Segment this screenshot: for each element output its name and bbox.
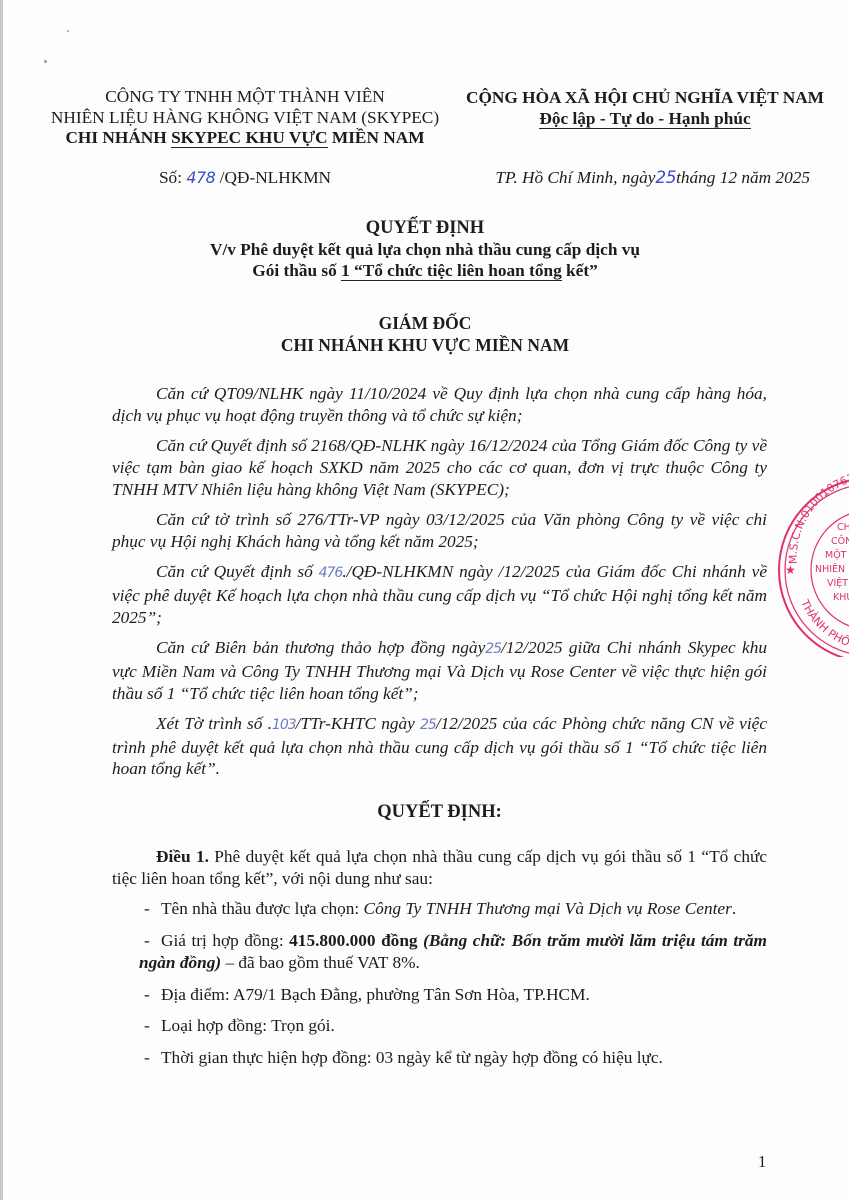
contract-value-label: Giá trị hợp đồng: — [161, 931, 289, 950]
item-location: - Địa điểm: A79/1 Bạch Đằng, phường Tân … — [112, 984, 767, 1006]
national-motto: Độc lập - Tự do - Hạnh phúc — [539, 109, 750, 129]
basis6-handwritten-number: 103 — [272, 717, 296, 733]
date-prefix: TP. Hồ Chí Minh, ngày — [495, 168, 655, 187]
basis4-handwritten-number: 476 — [319, 565, 343, 581]
doc-number-suffix: /QĐ-NLHKMN — [215, 168, 331, 187]
article-1-label: Điều 1. — [156, 847, 209, 866]
bullet-dash: - — [144, 898, 150, 920]
stamp-center-line: MỘT THÀ — [825, 549, 849, 561]
document-date: TP. Hồ Chí Minh, ngày25tháng 12 năm 2025 — [452, 168, 838, 188]
bullet-dash: - — [144, 1047, 150, 1069]
subject-underlined: 1 “Tổ chức tiệc liên hoan tổng — [341, 261, 562, 281]
issuer-line-3: CHI NHÁNH SKYPEC KHU VỰC MIỀN NAM — [40, 128, 450, 149]
legal-basis-2: Căn cứ Quyết định số 2168/QĐ-NLHK ngày 1… — [112, 435, 767, 500]
contractor-end: . — [732, 899, 736, 918]
stamp-center-line: VIỆT NAM — [827, 577, 849, 589]
item-contractor-text: Tên nhà thầu được lựa chọn: Công Ty TNHH… — [139, 898, 767, 920]
issuer-line-1: CÔNG TY TNHH MỘT THÀNH VIÊN — [40, 87, 450, 108]
doc-number-handwritten: 478 — [186, 168, 215, 187]
contract-value-amount: 415.800.000 đồng — [289, 931, 417, 950]
issuer-line-2: NHIÊN LIỆU HÀNG KHÔNG VIỆT NAM (SKYPEC) — [40, 108, 450, 129]
date-day-handwritten: 25 — [655, 168, 676, 188]
authority-title: GIÁM ĐỐC — [100, 313, 750, 335]
item-contract-value-text: Giá trị hợp đồng: 415.800.000 đồng (Bằng… — [139, 930, 767, 974]
item-contract-value: - Giá trị hợp đồng: 415.800.000 đồng (Bằ… — [112, 930, 767, 974]
document-body: Căn cứ QT09/NLHK ngày 11/10/2024 về Quy … — [112, 383, 767, 1079]
document-title-block: QUYẾT ĐỊNH V/v Phê duyệt kết quả lựa chọ… — [100, 218, 750, 281]
page-number: 1 — [758, 1152, 766, 1172]
issuer-branch-underlined: SKYPEC KHU VỰC — [171, 129, 328, 148]
legal-basis-3: Căn cứ tờ trình số 276/TTr-VP ngày 03/12… — [112, 509, 767, 553]
article-1: Điều 1. Phê duyệt kết quả lựa chọn nhà t… — [112, 846, 767, 890]
item-contractor: - Tên nhà thầu được lựa chọn: Công Ty TN… — [112, 898, 767, 920]
issuer-branch-prefix: CHI NHÁNH — [65, 128, 171, 147]
doc-number-prefix: Số: — [159, 168, 186, 187]
contractor-value: Công Ty TNHH Thương mại Và Dịch vụ Rose … — [364, 899, 732, 918]
subject-prefix: Gói thầu số — [252, 261, 341, 280]
scan-edge — [0, 0, 3, 1200]
document-title: QUYẾT ĐỊNH — [100, 218, 750, 239]
item-contract-type: - Loại hợp đồng: Trọn gói. — [112, 1015, 767, 1037]
stamp-center-line: CÔNG T — [831, 535, 849, 547]
stamp-center-line: KHU VỰC — [833, 592, 849, 603]
bullet-dash: - — [144, 1015, 150, 1037]
basis5-prefix: Căn cứ Biên bản thương thảo hợp đồng ngà… — [156, 638, 485, 657]
stamp-center-line: CHI NH — [837, 522, 849, 533]
legal-basis-6: Xét Tờ trình số .103/TTr-KHTC ngày 25/12… — [112, 713, 767, 780]
date-suffix: tháng 12 năm 2025 — [676, 168, 810, 187]
legal-basis-5: Căn cứ Biên bản thương thảo hợp đồng ngà… — [112, 637, 767, 704]
basis6-handwritten-day: 25 — [420, 717, 436, 733]
national-header: CỘNG HÒA XÃ HỘI CHỦ NGHĨA VIỆT NAM Độc l… — [452, 87, 838, 129]
basis5-handwritten-day: 25 — [485, 641, 501, 657]
scan-speck — [44, 60, 47, 63]
subject-suffix: kết” — [562, 261, 598, 280]
stamp-bottom-text: THÀNH PHỐ H — [798, 597, 849, 652]
stamp-center-text: CHI NHCÔNG TMỘT THÀNHIÊN LIỆU HVIỆT NAMK… — [815, 522, 849, 603]
basis6-prefix: Xét Tờ trình số . — [156, 714, 272, 733]
scan-speck — [67, 30, 69, 32]
authority-unit: CHI NHÁNH KHU VỰC MIỀN NAM — [100, 335, 750, 357]
stamp-center-line: NHIÊN LIỆU H — [815, 563, 849, 575]
stamp-bottom-path-text: THÀNH PHỐ H — [798, 597, 849, 652]
contract-value-vat: – đã bao gồm thuế VAT 8%. — [221, 953, 420, 972]
basis4-prefix: Căn cứ Quyết định số — [156, 562, 319, 581]
item-duration-text: Thời gian thực hiện hợp đồng: 03 ngày kể… — [139, 1047, 767, 1069]
document-number: Số: 478 /QĐ-NLHKMN — [40, 168, 450, 188]
bullet-dash: - — [144, 984, 150, 1006]
national-title: CỘNG HÒA XÃ HỘI CHỦ NGHĨA VIỆT NAM — [452, 87, 838, 108]
document-subject-line-1: V/v Phê duyệt kết quả lựa chọn nhà thầu … — [100, 239, 750, 260]
issuer-branch-suffix: MIỀN NAM — [328, 128, 425, 147]
item-duration: - Thời gian thực hiện hợp đồng: 03 ngày … — [112, 1047, 767, 1069]
document-subject-line-2: Gói thầu số 1 “Tổ chức tiệc liên hoan tổ… — [100, 260, 750, 281]
item-contract-type-text: Loại hợp đồng: Trọn gói. — [139, 1015, 767, 1037]
official-stamp: M.S.C.N:0100107630 THÀNH PHỐ H ★ CHI NHC… — [775, 452, 849, 657]
bullet-dash: - — [144, 930, 150, 952]
stamp-star-icon: ★ — [785, 563, 796, 577]
legal-basis-1: Căn cứ QT09/NLHK ngày 11/10/2024 về Quy … — [112, 383, 767, 427]
legal-basis-4: Căn cứ Quyết định số 476./QĐ-NLHKMN ngày… — [112, 561, 767, 628]
decision-heading: QUYẾT ĐỊNH: — [112, 802, 767, 824]
article-1-text: Phê duyệt kết quả lựa chọn nhà thầu cung… — [112, 847, 767, 888]
item-location-text: Địa điểm: A79/1 Bạch Đằng, phường Tân Sơ… — [139, 984, 767, 1006]
authority-block: GIÁM ĐỐC CHI NHÁNH KHU VỰC MIỀN NAM — [100, 313, 750, 356]
contractor-label: Tên nhà thầu được lựa chọn: — [161, 899, 364, 918]
basis6-middle: /TTr-KHTC ngày — [296, 714, 420, 733]
issuer-header: CÔNG TY TNHH MỘT THÀNH VIÊN NHIÊN LIỆU H… — [40, 87, 450, 149]
